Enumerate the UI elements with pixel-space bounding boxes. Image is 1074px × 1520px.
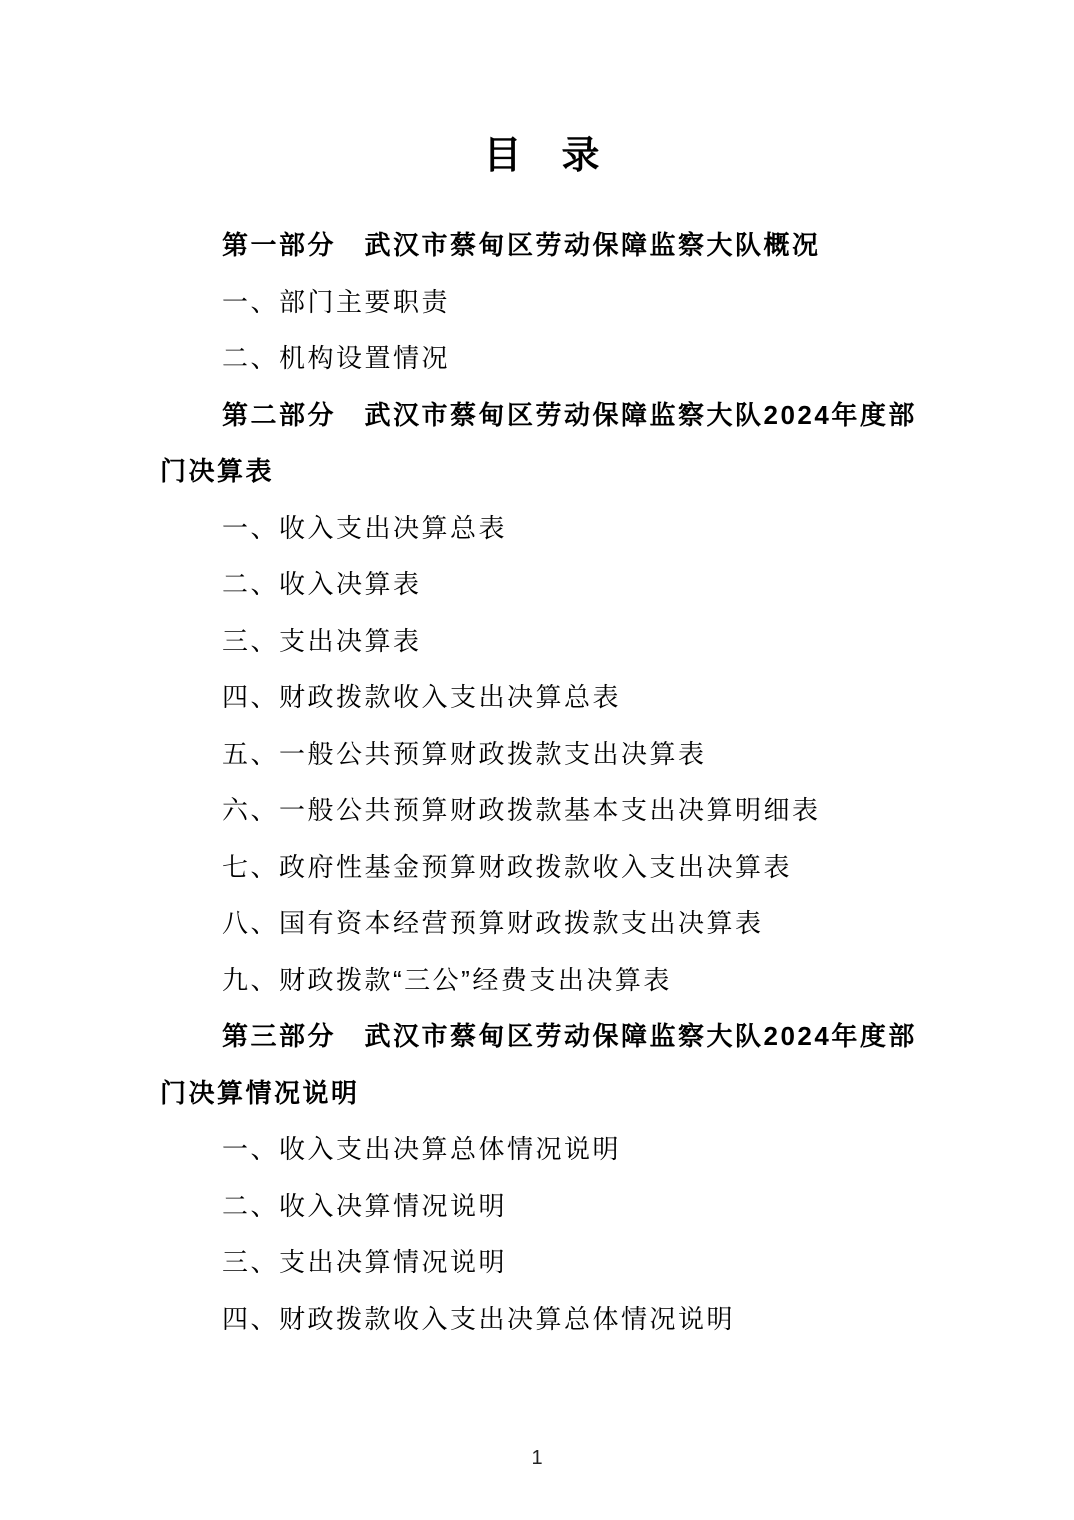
toc-section-heading: 第一部分 武汉市蔡甸区劳动保障监察大队概况 bbox=[160, 217, 924, 274]
toc-item: 二、机构设置情况 bbox=[160, 330, 924, 387]
toc-item: 九、财政拨款“三公”经费支出决算表 bbox=[160, 952, 924, 1009]
toc-item: 五、一般公共预算财政拨款支出决算表 bbox=[160, 726, 924, 783]
toc-item: 八、国有资本经营预算财政拨款支出决算表 bbox=[160, 895, 924, 952]
toc-section-heading: 第三部分 武汉市蔡甸区劳动保障监察大队2024年度部门决算情况说明 bbox=[160, 1008, 924, 1121]
toc-item: 六、一般公共预算财政拨款基本支出决算明细表 bbox=[160, 782, 924, 839]
page-title: 目 录 bbox=[160, 128, 924, 185]
toc-item: 三、支出决算表 bbox=[160, 613, 924, 670]
page-number: 1 bbox=[0, 1444, 1074, 1472]
page-content: 目 录 第一部分 武汉市蔡甸区劳动保障监察大队概况一、部门主要职责二、机构设置情… bbox=[160, 0, 924, 1347]
toc-item: 四、财政拨款收入支出决算总表 bbox=[160, 669, 924, 726]
toc-item: 一、收入支出决算总体情况说明 bbox=[160, 1121, 924, 1178]
toc-item: 四、财政拨款收入支出决算总体情况说明 bbox=[160, 1291, 924, 1348]
toc-item: 二、收入决算表 bbox=[160, 556, 924, 613]
toc-section-heading: 第二部分 武汉市蔡甸区劳动保障监察大队2024年度部门决算表 bbox=[160, 387, 924, 500]
document-page: { "document": { "title": "目 录", "footer_… bbox=[0, 0, 1074, 1520]
toc-item: 三、支出决算情况说明 bbox=[160, 1234, 924, 1291]
toc-item: 一、部门主要职责 bbox=[160, 274, 924, 331]
toc-item: 二、收入决算情况说明 bbox=[160, 1178, 924, 1235]
toc-item: 七、政府性基金预算财政拨款收入支出决算表 bbox=[160, 839, 924, 896]
toc-list: 第一部分 武汉市蔡甸区劳动保障监察大队概况一、部门主要职责二、机构设置情况第二部… bbox=[160, 217, 924, 1347]
toc-item: 一、收入支出决算总表 bbox=[160, 500, 924, 557]
